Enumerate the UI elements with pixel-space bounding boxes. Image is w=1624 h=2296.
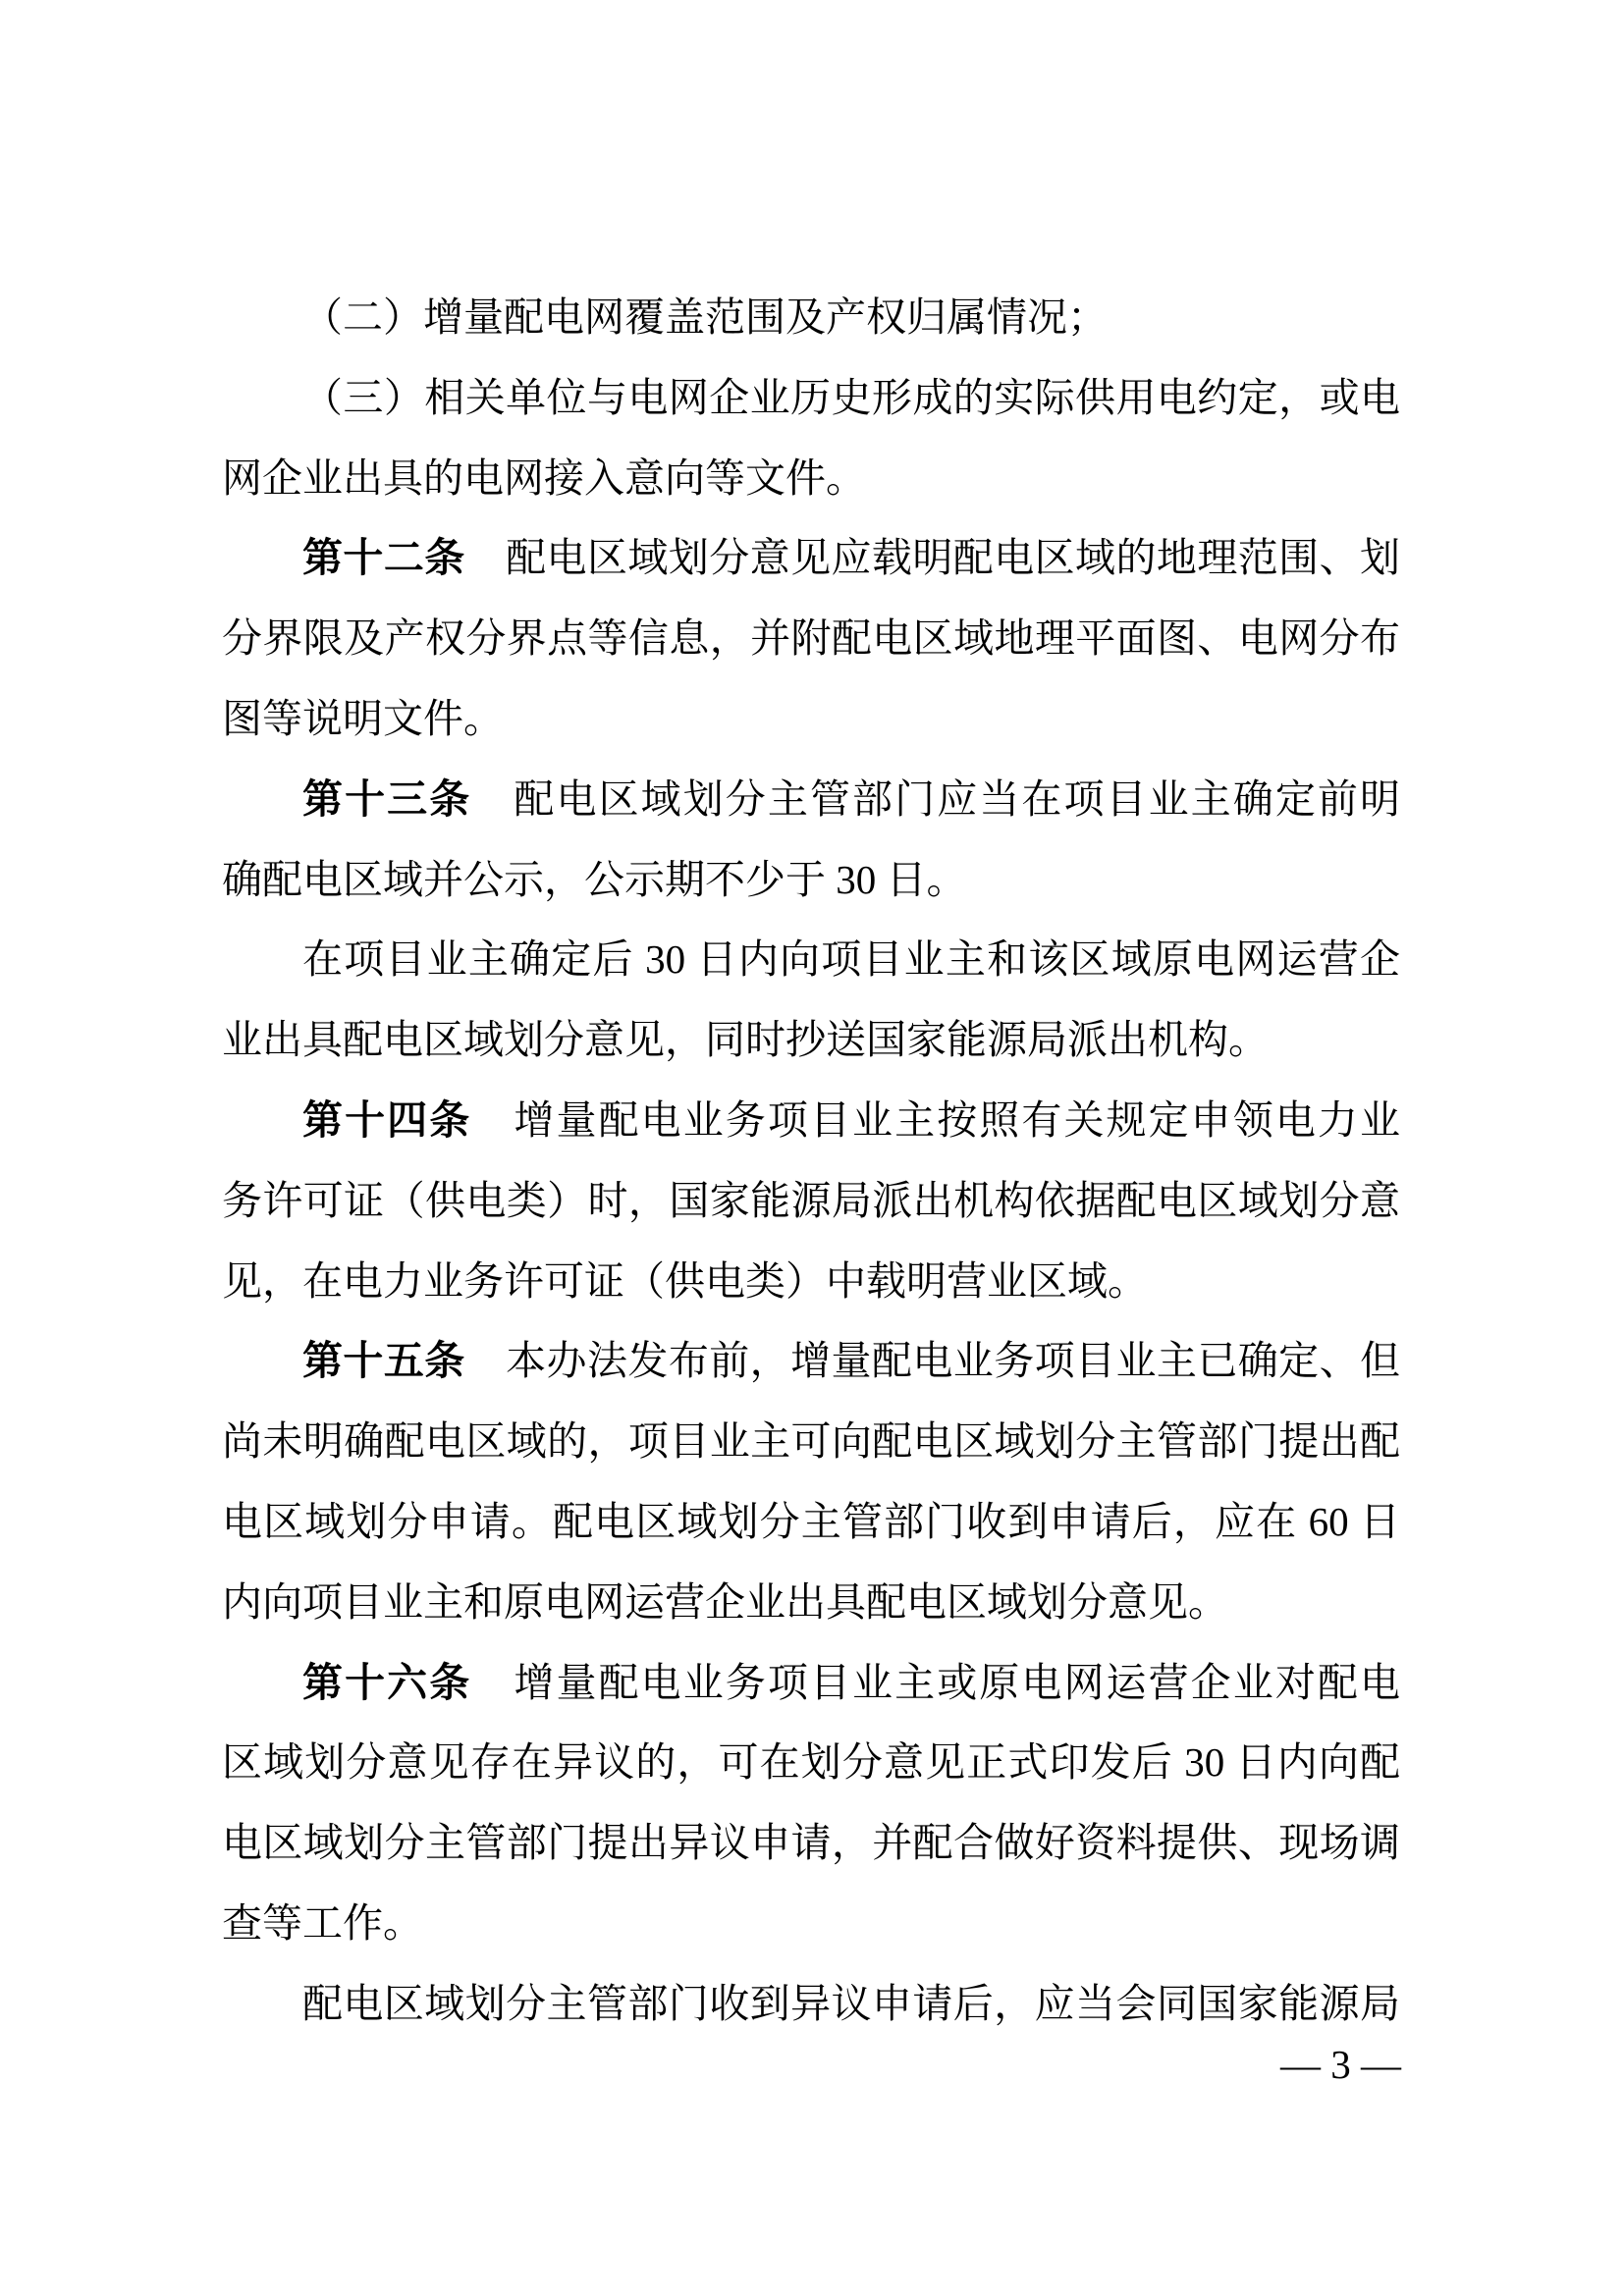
page-number-label: — 3 — xyxy=(1280,2042,1401,2087)
line-text: 确配电区域并公示，公示期不少于 30 日。 xyxy=(222,857,967,902)
article-number: 第十二条 xyxy=(302,535,465,580)
document-page: （二）增量配电网覆盖范围及产权归属情况；（三）相关单位与电网企业历史形成的实际供… xyxy=(0,0,1624,2296)
line-text: 区域划分意见存在异议的，可在划分意见正式印发后 30 日内向配 xyxy=(222,1739,1400,1785)
line-text: 图等说明文件。 xyxy=(222,696,504,741)
line-text: 查等工作。 xyxy=(222,1900,423,1946)
line-text: 业出具配电区域划分意见，同时抄送国家能源局派出机构。 xyxy=(222,1017,1269,1062)
text-line-5: 分界限及产权分界点等信息，并附配电区域地理平面图、电网分布 xyxy=(222,599,1400,679)
text-line-4: 第十二条 配电区域划分意见应载明配电区域的地理范围、划 xyxy=(222,518,1400,599)
line-text: 配电区域划分主管部门收到异议申请后，应当会同国家能源局 xyxy=(302,1981,1400,2026)
text-line-18: 第十六条 增量配电业务项目业主或原电网运营企业对配电 xyxy=(222,1643,1400,1724)
text-line-13: 见，在电力业务许可证（供电类）中载明营业区域。 xyxy=(222,1242,1400,1322)
text-line-7: 第十三条 配电区域划分主管部门应当在项目业主确定前明 xyxy=(222,760,1400,840)
text-line-17: 内向项目业主和原电网运营企业出具配电区域划分意见。 xyxy=(222,1563,1400,1643)
page-number: — 3 — xyxy=(1280,2025,1401,2106)
text-line-16: 电区域划分申请。配电区域划分主管部门收到申请后，应在 60 日 xyxy=(222,1482,1400,1563)
document-body: （二）增量配电网覆盖范围及产权归属情况；（三）相关单位与电网企业历史形成的实际供… xyxy=(222,278,1400,2045)
line-text: 务许可证（供电类）时，国家能源局派出机构依据配电区域划分意 xyxy=(222,1178,1400,1223)
line-text: 增量配电业务项目业主按照有关规定申领电力业 xyxy=(471,1097,1400,1143)
text-line-1: （二）增量配电网覆盖范围及产权归属情况； xyxy=(222,278,1400,358)
line-text: 在项目业主确定后 30 日内向项目业主和该区域原电网运营企 xyxy=(302,936,1400,982)
text-line-2: （三）相关单位与电网企业历史形成的实际供用电约定，或电 xyxy=(222,358,1400,439)
text-line-15: 尚未明确配电区域的，项目业主可向配电区域划分主管部门提出配 xyxy=(222,1402,1400,1482)
line-text: 本办法发布前，增量配电业务项目业主已确定、但 xyxy=(465,1338,1400,1383)
line-text: 分界限及产权分界点等信息，并附配电区域地理平面图、电网分布 xyxy=(222,615,1400,661)
text-line-22: 配电区域划分主管部门收到异议申请后，应当会同国家能源局 xyxy=(222,1964,1400,2045)
text-line-12: 务许可证（供电类）时，国家能源局派出机构依据配电区域划分意 xyxy=(222,1161,1400,1242)
article-number: 第十三条 xyxy=(302,776,471,822)
line-text: 网企业出具的电网接入意向等文件。 xyxy=(222,455,866,501)
article-number: 第十五条 xyxy=(302,1338,465,1383)
line-text: 电区域划分主管部门提出异议申请，并配合做好资料提供、现场调 xyxy=(222,1820,1400,1865)
text-line-8: 确配电区域并公示，公示期不少于 30 日。 xyxy=(222,840,1400,921)
line-text: （三）相关单位与电网企业历史形成的实际供用电约定，或电 xyxy=(302,375,1400,420)
text-line-21: 查等工作。 xyxy=(222,1884,1400,1964)
text-line-19: 区域划分意见存在异议的，可在划分意见正式印发后 30 日内向配 xyxy=(222,1723,1400,1803)
text-line-6: 图等说明文件。 xyxy=(222,679,1400,760)
text-line-9: 在项目业主确定后 30 日内向项目业主和该区域原电网运营企 xyxy=(222,920,1400,1000)
text-line-14: 第十五条 本办法发布前，增量配电业务项目业主已确定、但 xyxy=(222,1321,1400,1402)
article-number: 第十四条 xyxy=(302,1097,471,1143)
text-line-11: 第十四条 增量配电业务项目业主按照有关规定申领电力业 xyxy=(222,1081,1400,1161)
line-text: 内向项目业主和原电网运营企业出具配电区域划分意见。 xyxy=(222,1579,1228,1625)
line-text: 见，在电力业务许可证（供电类）中载明营业区域。 xyxy=(222,1258,1148,1304)
text-line-3: 网企业出具的电网接入意向等文件。 xyxy=(222,439,1400,519)
line-text: 电区域划分申请。配电区域划分主管部门收到申请后，应在 60 日 xyxy=(222,1499,1400,1544)
line-text: （二）增量配电网覆盖范围及产权归属情况； xyxy=(302,294,1108,340)
text-line-20: 电区域划分主管部门提出异议申请，并配合做好资料提供、现场调 xyxy=(222,1803,1400,1884)
article-number: 第十六条 xyxy=(302,1660,471,1705)
line-text: 配电区域划分主管部门应当在项目业主确定前明 xyxy=(471,776,1400,822)
line-text: 增量配电业务项目业主或原电网运营企业对配电 xyxy=(471,1660,1400,1705)
text-line-10: 业出具配电区域划分意见，同时抄送国家能源局派出机构。 xyxy=(222,1000,1400,1081)
line-text: 配电区域划分意见应载明配电区域的地理范围、划 xyxy=(465,535,1400,580)
line-text: 尚未明确配电区域的，项目业主可向配电区域划分主管部门提出配 xyxy=(222,1418,1400,1464)
